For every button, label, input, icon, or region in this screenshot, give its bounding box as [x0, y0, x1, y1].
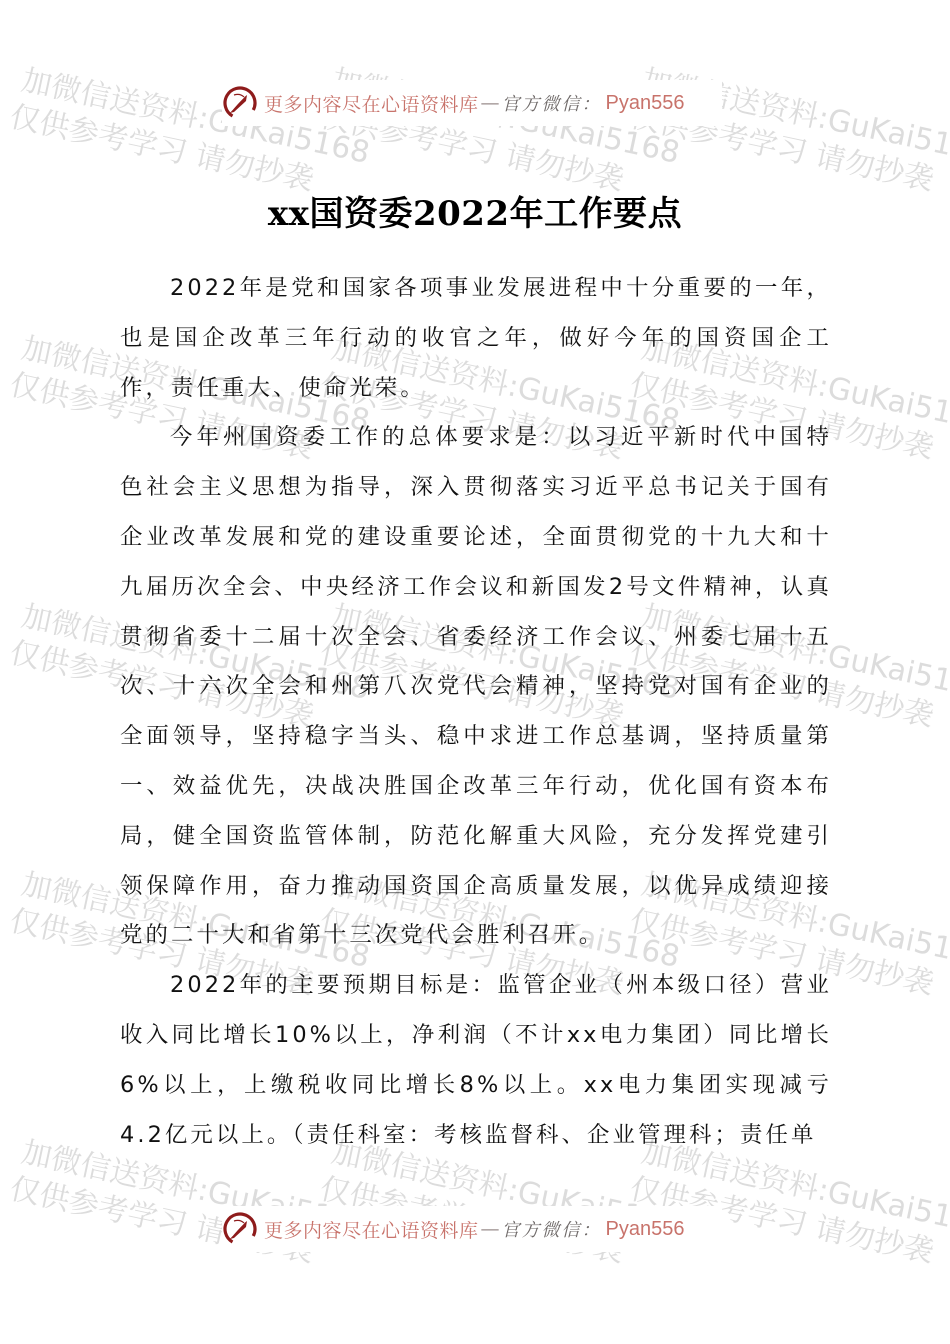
wechat-id: Pyan556	[606, 1218, 685, 1241]
paragraph: 今年州国资委工作的总体要求是：以习近平新时代中国特色社会主义思想为指导，深入贯彻…	[120, 413, 832, 961]
official-wechat-label: 官方微信：	[502, 90, 602, 116]
quill-pen-logo-icon	[222, 1211, 258, 1247]
wechat-id: Pyan556	[606, 92, 685, 115]
header-banner: 更多内容尽在心语资料库 — 官方微信： Pyan556	[222, 80, 722, 126]
promo-text: 更多内容尽在心语资料库	[264, 90, 479, 117]
paragraph: 2022年的主要预期目标是：监管企业（州本级口径）营业收入同比增长10%以上，净…	[120, 961, 832, 1160]
promo-text: 更多内容尽在心语资料库	[264, 1216, 479, 1243]
quill-pen-logo-icon	[222, 85, 258, 121]
document-title: xx国资委2022年工作要点	[0, 186, 950, 235]
paragraph: 2022年是党和国家各项事业发展进程中十分重要的一年，也是国企改革三年行动的收官…	[120, 264, 832, 413]
separator: —	[481, 1218, 500, 1240]
footer-banner: 更多内容尽在心语资料库 — 官方微信： Pyan556	[222, 1206, 722, 1252]
separator: —	[481, 92, 500, 114]
official-wechat-label: 官方微信：	[502, 1216, 602, 1242]
document-body: 2022年是党和国家各项事业发展进程中十分重要的一年，也是国企改革三年行动的收官…	[120, 264, 832, 1160]
